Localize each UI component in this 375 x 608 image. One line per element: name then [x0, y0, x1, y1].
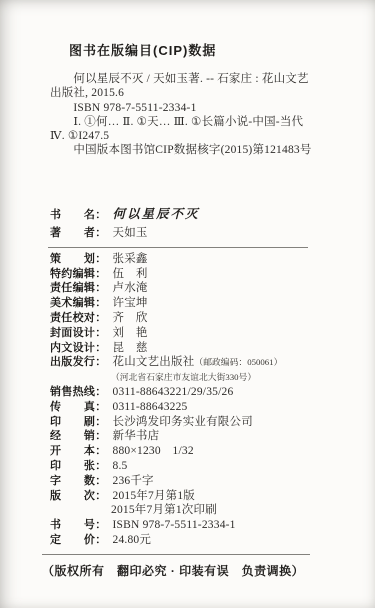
row-label: 经 销：: [50, 429, 107, 444]
info-row-printer: 印 刷：长沙鸿发印务实业有限公司: [50, 415, 335, 430]
info-row-title: 书 名：何以星辰不灭: [50, 205, 335, 225]
info-row-text-design: 内文设计：昆 慈: [50, 341, 335, 356]
row-label: 美术编辑：: [50, 296, 107, 311]
cip-line: 中国版本图书馆CIP数据核字(2015)第121483号: [50, 143, 335, 157]
row-label: 开 本：: [50, 444, 107, 459]
publisher-name: 花山文艺出版社: [113, 356, 195, 368]
edition-line: 2015年7月第1版: [113, 490, 196, 502]
info-row-publisher-address: （河北省石家庄市友谊北大街330号）: [50, 370, 335, 385]
row-value: 8.5: [113, 460, 128, 472]
cip-block: 图书在版编目(CIP)数据 何以星辰不灭 / 天如玉著. -- 石家庄 : 花山…: [50, 40, 335, 158]
row-label: 封面设计：: [50, 326, 107, 341]
row-label: 版 次：: [50, 489, 107, 504]
row-label: 传 真：: [50, 400, 107, 415]
info-row-author: 著 者：天如玉: [50, 224, 335, 243]
row-label: 书 名：: [50, 206, 107, 225]
address-note: （河北省石家庄市友谊北大街330号）: [111, 372, 256, 382]
isbn-number: ISBN 978-7-5511-2334-1: [113, 519, 236, 531]
row-label: 内文设计：: [50, 341, 107, 356]
copyright-notice: （版权所有 翻印必究 · 印装有误 负责调换）: [42, 562, 335, 579]
info-row-printing: 2015年7月第1次印刷: [50, 503, 335, 518]
info-row-proofreader: 责任校对：齐 欣: [50, 311, 335, 326]
fax-number: 0311-88643225: [113, 401, 188, 413]
info-row-format: 开 本：880×1230 1/32: [50, 444, 335, 459]
row-value: 昆 慈: [113, 342, 148, 354]
cip-line: Ⅳ. ①I247.5: [50, 129, 335, 143]
row-value: 卢水淹: [113, 282, 148, 294]
info-row-art-editor: 美术编辑：许宝坤: [50, 296, 335, 311]
row-label: 字 数：: [50, 474, 107, 489]
cip-heading: 图书在版编目(CIP)数据: [69, 40, 335, 59]
row-label: 特约编辑：: [50, 267, 107, 282]
row-label: 出版发行：: [50, 355, 107, 370]
row-label: 责任校对：: [50, 311, 107, 326]
printing-line: 2015年7月第1次印刷: [111, 504, 217, 516]
row-label: 策 划：: [50, 252, 107, 267]
row-value: 长沙鸿发印务实业有限公司: [113, 416, 253, 428]
row-value: 齐 欣: [113, 312, 148, 324]
cip-line: Ⅰ. ①何… Ⅱ. ①天… Ⅲ. ①长篇小说-中国-当代: [50, 115, 335, 129]
divider-top: [48, 247, 308, 248]
row-label: 印 张：: [50, 459, 107, 474]
info-row-isbn: 书 号：ISBN 978-7-5511-2334-1: [50, 518, 335, 533]
row-label: 责任编辑：: [50, 281, 107, 296]
info-row-exec-editor: 责任编辑：卢水淹: [50, 281, 335, 296]
row-value: 新华书店: [113, 430, 160, 442]
cip-line: 出版社, 2015.6: [50, 86, 335, 100]
info-row-sheets: 印 张：8.5: [50, 459, 335, 474]
hotline-number: 0311-88643221/29/35/26: [113, 386, 234, 398]
postcode-note: （邮政编码：050061）: [194, 357, 282, 367]
publication-info-table: 书 名：何以星辰不灭 著 者：天如玉 策 划：张采鑫 特约编辑：伍 利 责任编辑…: [50, 205, 335, 579]
row-value: 236千字: [113, 475, 154, 487]
row-label: 印 刷：: [50, 415, 107, 430]
row-label: 著 者：: [50, 224, 107, 243]
author-name: 天如玉: [113, 227, 148, 239]
row-label: 书 号：: [50, 518, 107, 533]
row-value: 伍 利: [113, 268, 148, 280]
row-value: 许宝坤: [113, 297, 148, 309]
info-row-fax: 传 真：0311-88643225: [50, 400, 335, 415]
row-label: 销售热线：: [50, 385, 107, 400]
info-row-publisher: 出版发行：花山文艺出版社（邮政编码：050061）: [50, 355, 335, 370]
row-value: 刘 艳: [113, 327, 148, 339]
info-row-cover-design: 封面设计：刘 艳: [50, 326, 335, 341]
cip-line: 何以星辰不灭 / 天如玉著. -- 石家庄 : 花山文艺: [50, 72, 335, 86]
info-row-planner: 策 划：张采鑫: [50, 252, 335, 267]
row-label: 定 价：: [50, 533, 107, 548]
cip-line: ISBN 978-7-5511-2334-1: [50, 101, 335, 115]
row-value: 880×1230 1/32: [113, 445, 194, 457]
info-row-word-count: 字 数：236千字: [50, 474, 335, 489]
divider-bottom: [42, 554, 310, 555]
info-row-edition: 版 次：2015年7月第1版: [50, 489, 335, 504]
info-row-hotline: 销售热线：0311-88643221/29/35/26: [50, 385, 335, 400]
info-row-special-editor: 特约编辑：伍 利: [50, 267, 335, 282]
price-value: 24.80元: [113, 534, 152, 546]
info-row-distributor: 经 销：新华书店: [50, 429, 335, 444]
book-title: 何以星辰不灭: [113, 206, 200, 221]
copyright-page: 图书在版编目(CIP)数据 何以星辰不灭 / 天如玉著. -- 石家庄 : 花山…: [0, 0, 375, 608]
info-row-price: 定 价：24.80元: [50, 533, 335, 548]
row-value: 张采鑫: [113, 253, 148, 265]
